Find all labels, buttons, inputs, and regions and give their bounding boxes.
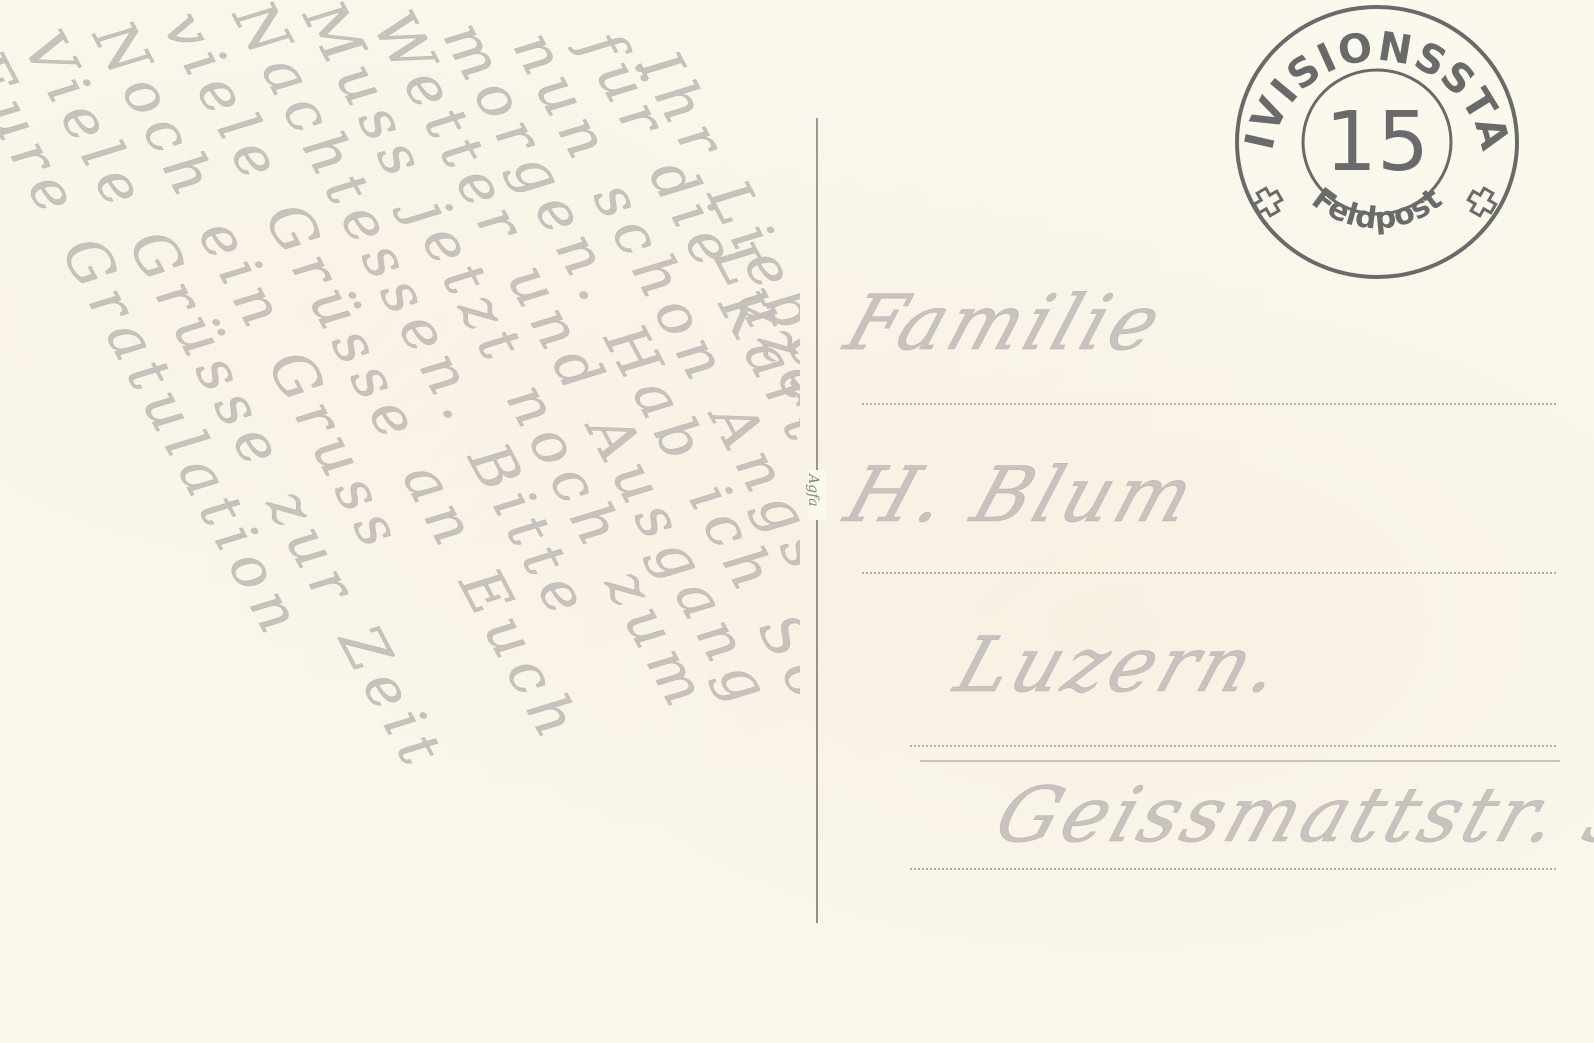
stamp-number: 15 xyxy=(1325,95,1429,190)
address-line-4: Geissmattstr. 3 xyxy=(986,770,1594,859)
address-rule-1 xyxy=(862,403,1556,405)
center-divider xyxy=(816,118,818,923)
address-line-3: Luzern. xyxy=(946,620,1297,709)
postcard: Luzern 24.10.44 Ihr Lieben! Besten Dank … xyxy=(0,0,1594,1043)
address-underline xyxy=(920,760,1560,762)
address-line-2: H. Blum xyxy=(836,450,1209,539)
address-rule-3 xyxy=(910,745,1556,747)
printer-brand-label: Agfa xyxy=(805,474,821,507)
stamp-graphic: DIVISIONSSTAB Feldpost 15 xyxy=(1228,2,1526,284)
address-rule-4 xyxy=(910,868,1556,870)
address-line-1: Familie xyxy=(836,278,1176,367)
swiss-cross-icon xyxy=(1250,184,1286,220)
handwritten-message: Luzern 24.10.44 Ihr Lieben! Besten Dank … xyxy=(0,0,800,1043)
address-rule-2 xyxy=(862,572,1556,574)
feldpost-stamp: DIVISIONSSTAB Feldpost 15 xyxy=(1228,2,1526,284)
